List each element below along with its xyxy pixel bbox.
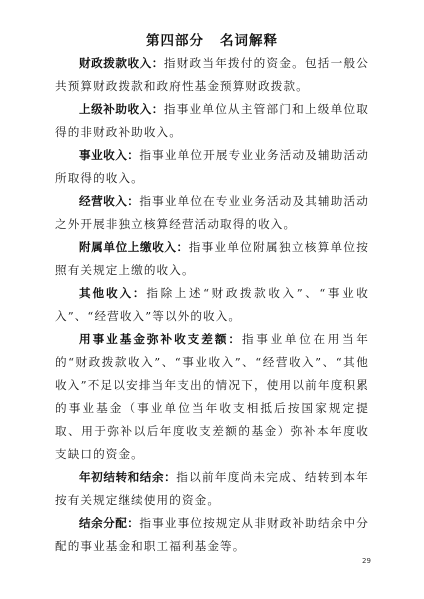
definition-paragraph: 年初结转和结余：指以前年度尚未完成、结转到本年按有关规定继续使用的资金。 — [55, 466, 369, 512]
definition-term: 事业收入： — [79, 148, 139, 162]
definition-term: 附属单位上缴收入： — [79, 240, 189, 254]
definition-paragraph: 其他收入：指除上述“财政拨款收入”、“事业收入”、“经营收入”等以外的收入。 — [55, 282, 369, 328]
definition-paragraph: 事业收入：指事业单位开展专业业务活动及辅助活动所取得的收入。 — [55, 144, 369, 190]
definition-term: 其他收入： — [79, 286, 146, 300]
definition-term: 上级补助收入： — [79, 102, 164, 116]
definition-paragraph: 上级补助收入：指事业单位从主管部门和上级单位取得的非财政补助收入。 — [55, 98, 369, 144]
definition-paragraph: 经营收入：指事业单位在专业业务活动及其辅助活动之外开展非独立核算经营活动取得的收… — [55, 190, 369, 236]
page-number: 29 — [362, 557, 371, 565]
definition-term: 结余分配： — [79, 516, 139, 530]
definition-paragraph: 附属单位上缴收入：指事业单位附属独立核算单位按照有关规定上缴的收入。 — [55, 236, 369, 282]
title-name: 名词解释 — [220, 33, 278, 49]
definition-term: 财政拨款收入： — [79, 56, 164, 70]
definition-text: 指事业单位在用当年的“财政拨款收入”、“事业收入”、“经营收入”、“其他收入”不… — [55, 332, 369, 461]
definition-term: 经营收入： — [79, 194, 139, 208]
definition-paragraph: 结余分配：指事业事位按规定从非财政补助结余中分配的事业基金和职工福利基金等。 — [55, 512, 369, 558]
definition-paragraph: 用事业基金弥补收支差额：指事业单位在用当年的“财政拨款收入”、“事业收入”、“经… — [55, 328, 369, 466]
definition-term: 用事业基金弥补收支差额： — [79, 332, 242, 346]
definition-paragraph: 财政拨款收入：指财政当年拨付的资金。包括一般公共预算财政拨款和政府性基金预算财政… — [55, 52, 369, 98]
definition-term: 年初结转和结余： — [79, 470, 176, 484]
document-page: 第四部分名词解释 财政拨款收入：指财政当年拨付的资金。包括一般公共预算财政拨款和… — [0, 0, 424, 599]
page-title: 第四部分名词解释 — [0, 29, 424, 49]
definitions-body: 财政拨款收入：指财政当年拨付的资金。包括一般公共预算财政拨款和政府性基金预算财政… — [55, 52, 369, 558]
title-part: 第四部分 — [146, 33, 204, 49]
